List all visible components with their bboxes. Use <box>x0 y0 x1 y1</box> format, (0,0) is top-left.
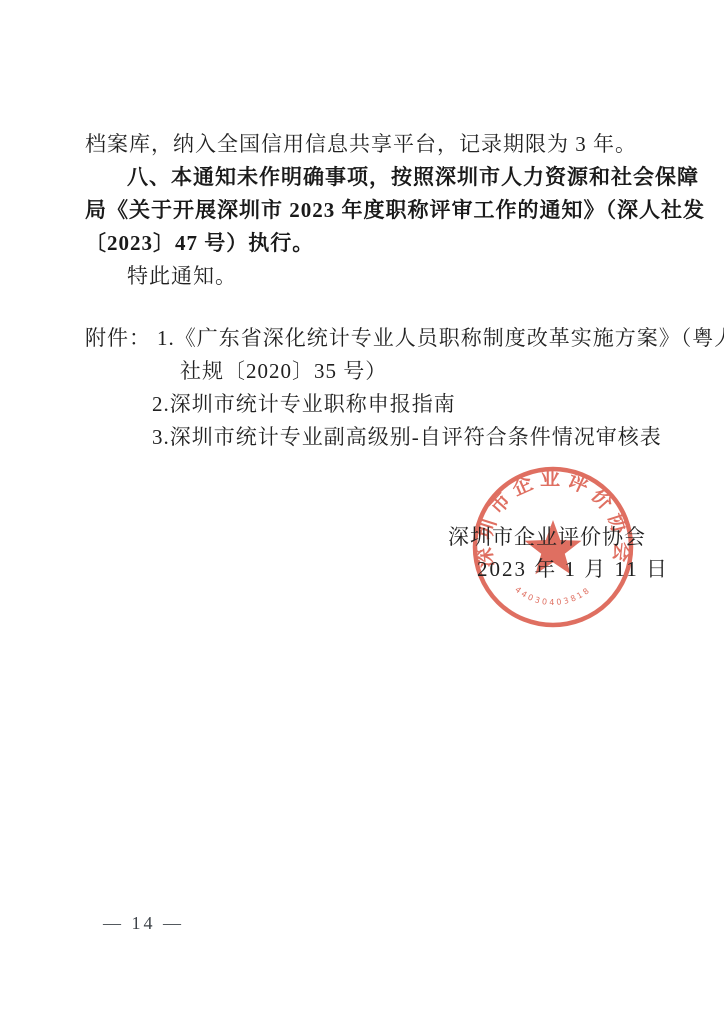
svg-text:44030403818: 44030403818 <box>513 585 592 607</box>
document-page: 档案库，纳入全国信用信息共享平台，记录期限为 3 年。 八、本通知未作明确事项，… <box>0 0 724 1024</box>
document-body: 档案库，纳入全国信用信息共享平台，记录期限为 3 年。 八、本通知未作明确事项，… <box>85 128 645 454</box>
signature-org: 深圳市企业评价协会 <box>448 521 646 551</box>
attachment-item-1-continued: 社规〔2020〕35 号） <box>85 355 645 388</box>
attachment-item-1-text: 1.《广东省深化统计专业人员职称制度改革实施方案》（粤人 <box>157 322 724 355</box>
attachment-item-2: 2.深圳市统计专业职称申报指南 <box>85 388 645 421</box>
seal-code: 44030403818 <box>513 585 592 607</box>
page-number: — 14 — <box>103 913 184 934</box>
paragraph-item8-line2: 局《关于开展深圳市 2023 年度职称评审工作的通知》（深人社发 <box>85 194 645 227</box>
paragraph-continuation: 档案库，纳入全国信用信息共享平台，记录期限为 3 年。 <box>85 128 645 161</box>
attachments-label: 附件： <box>85 322 151 355</box>
attachment-item-1: 附件： 1.《广东省深化统计专业人员职称制度改革实施方案》（粤人 <box>85 322 645 355</box>
paragraph-item8-line1: 八、本通知未作明确事项，按照深圳市人力资源和社会保障 <box>85 161 645 194</box>
paragraph-item8-line3: 〔2023〕47 号）执行。 <box>85 227 645 260</box>
signature-date: 2023 年 1 月 11 日 <box>477 553 669 583</box>
attachment-item-3: 3.深圳市统计专业副高级别-自评符合条件情况审核表 <box>85 421 645 454</box>
attachments-block: 附件： 1.《广东省深化统计专业人员职称制度改革实施方案》（粤人 社规〔2020… <box>85 322 645 454</box>
paragraph-closing: 特此通知。 <box>85 260 645 293</box>
